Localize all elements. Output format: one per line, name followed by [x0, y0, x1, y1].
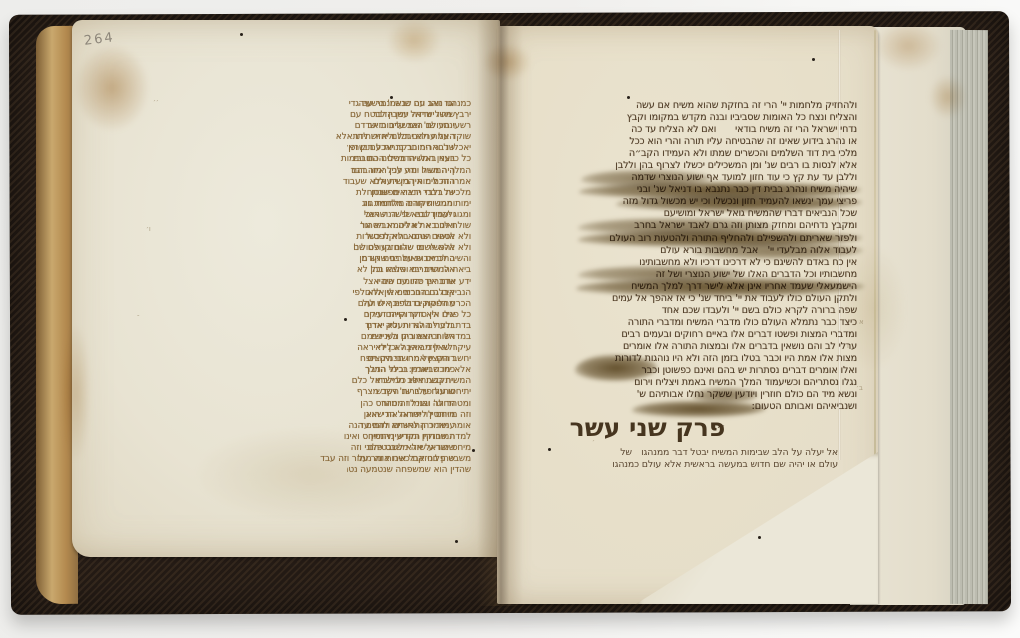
manuscript-line: אל יעלה על הלב שבימות המשיח יבטל דבר ממנ… — [590, 447, 838, 459]
wormhole — [627, 96, 630, 99]
manuscript-photo: 264 ׳׳ ו׳ ־ א ־ו ב׳ ׳ כמנהגו נוהג וזה שנ… — [0, 0, 1020, 638]
manuscript-line: מיחס ישראל אלא לשבטיהם שמודיע שזה משבט פ… — [183, 443, 471, 454]
manuscript-line: ידע אדם איך יהיו עד שיהיו שדברים סתומים … — [183, 277, 471, 288]
manuscript-line: אלא יחכה ויאמין בכלל הדבר כמו שבארנו: וב… — [183, 365, 471, 376]
line-segment-left: שמודיע שזה משבט פלוני וזה — [307, 443, 455, 454]
wormhole — [240, 33, 243, 36]
wormhole — [455, 540, 458, 543]
manuscript-line: והשיב לב אבות על בנים ויש מן החכמים שאומ… — [183, 254, 471, 265]
stain — [484, 44, 530, 80]
manuscript-line: עיקר שאין מביאין לא לידי יראה ולא לידי א… — [183, 343, 471, 354]
gutter-shadow — [477, 20, 523, 606]
page-edge-stack-right — [950, 30, 988, 604]
manuscript-line: למדת שברוח הקדש מיחסין המוחזקין ומודיעין… — [183, 432, 471, 443]
manuscript-line: אמרו חכמים אין בין העולם הזה לימות המשיח… — [183, 177, 471, 188]
manuscript-line: רשעי העולם הנמשלים כזאב ונמר שנ' זאב ערב… — [183, 121, 471, 132]
manuscript-line: יחשב הקצין אמרו חכמים תפח רוחם של מחשבי … — [183, 354, 471, 365]
wormhole — [758, 536, 761, 539]
manuscript-line: שפה ברורה לקרא כולם בשם יי' ולעבדו שכם א… — [585, 305, 857, 317]
line-segment-left: אלו וכיוצא בהן ולא ישימם — [307, 332, 455, 343]
manuscript-line: כל פנים אין סדור הויית דברים אלו ולא דקד… — [183, 310, 471, 321]
manuscript-line: ביאת המשיח יבא אליהו וכל אלו הדברים וכיו… — [183, 265, 471, 276]
line-segment-left: ולא לידי אהבה וכן לא — [307, 343, 455, 354]
manuscript-line: ערלי לב והם נושאין בדברים אלו ובמצות התו… — [585, 341, 857, 353]
line-segment-left: שהן בחזקת כשרות זה ממזר וזה עבד — [307, 454, 455, 465]
line-segment-left: ולהכין לבם שנ' הנה אנכי — [307, 210, 455, 221]
manuscript-line: שוקד על עריהם וכלם יחזרו לדת האמת ולא יג… — [183, 132, 471, 143]
line-segment-left: מחלוקת בדברים אלו ועל — [307, 299, 455, 310]
chapter-opening-lines: אל יעלה על הלב שבימות המשיח יבטל דבר ממנ… — [590, 447, 838, 472]
line-segment-left: שדברים סתומים הם אצל — [307, 277, 455, 288]
manuscript-line: ירבץ משל וחידה ענין הדבר שיהיו ישראל יוש… — [183, 110, 471, 121]
wormhole — [812, 58, 815, 61]
line-segment-left: ואינו בא לא לטמא הטהור — [307, 221, 455, 232]
margin-mark: ׳׳ — [153, 98, 159, 106]
manuscript-line: וזה מיוחס לוי ודוחה את שאינן מיוחסין ליש… — [183, 410, 471, 421]
manuscript-line: ומטהר וגו' ובני לוי מטהר תחלה ואומ' זה מ… — [183, 399, 471, 410]
line-segment-left: אלא לשום שלום בעולם שנ' — [307, 243, 455, 254]
manuscript-line: אומר ויאמר התרשתא להם עד עמוד כהן לאורים… — [183, 421, 471, 432]
stain — [388, 20, 440, 62]
manuscript-line: שולח לכם את אליה הנביא וגו' ואינו בא לא … — [183, 221, 471, 232]
margin-mark: ־ — [137, 313, 140, 321]
line-segment-left: וגר זאב עם כבש ונמר עם גדי — [307, 99, 455, 110]
line-segment-left: החכמים שאומרים שקודם — [307, 254, 455, 265]
margin-mark: א — [859, 318, 864, 326]
wormhole — [472, 449, 475, 452]
manuscript-line: ולא להכשיר מי שהוחזקו פסולים אלא לשום של… — [183, 243, 471, 254]
manuscript-line: כל כיוצא באלו הדברים הכתובים בענין המשיח… — [183, 154, 471, 165]
manuscript-line: והצליח ונצח כל האומות שסביביו ובנה מקדש … — [585, 112, 857, 124]
manuscript-line: המלך המשיח יודע לכל איזה דבר היה משל ומה… — [183, 166, 471, 177]
line-segment-left: ויתקבצו אליו כל ישראל כלם — [307, 376, 455, 387]
manuscript-line: בדת ולעולם לא יתעסק אדם בדברי ההגדות ולא… — [183, 321, 471, 332]
chapter-heading: פרק שני עשר ״ — [585, 413, 857, 443]
line-segment-left: אנשים שהם בחזקת כשרות — [307, 232, 455, 243]
manuscript-line: יאכלו דבר המותר בנחת עם ישראל שנ' ואריה … — [183, 143, 471, 154]
manuscript-line: או נהרג בידוע שאינו זה שהבטיחה עליו תורה… — [585, 136, 857, 148]
manuscript-line: ולהחזיק מלחמות יי' הרי זה בחזקת שהוא משי… — [585, 100, 857, 112]
line-segment-right: שהדין הוא שמשפחה שנטמעה נטמעה — [347, 465, 471, 476]
line-segment-left: של דברי הנביאים שבתחלת — [307, 188, 455, 199]
wormhole — [390, 96, 393, 99]
margin-mark: ו׳ — [146, 225, 151, 233]
line-segment-left: עמוד כהן לאורים ותומים הנה — [307, 421, 455, 432]
manuscript-line: ולא לטהר הטמא ולא לפסול אנשים שהם בחזקת … — [183, 232, 471, 243]
line-segment-left: שנ' ואריה כבקר יאכל תבן וכן — [307, 143, 455, 154]
manuscript-line: הנביאים גם החכמים אין להם קבלה בדברים אל… — [183, 288, 471, 299]
manuscript-line: עולם או יהיה שם חדוש במעשה בראשית אלא עו… — [590, 459, 838, 471]
wormhole — [344, 318, 347, 321]
line-segment-left: רוחם של מחשבי הקצים — [307, 354, 455, 365]
line-segment-left: אלו ולא דקדוקיהם עיקר — [307, 310, 455, 321]
wormhole — [548, 448, 551, 451]
line-segment-left: שיהיו ישראל יושבין לבטח עם — [307, 110, 455, 121]
line-segment-left: הזה לימות המשיח אלא שעבוד — [307, 177, 455, 188]
stain — [62, 326, 90, 460]
stain — [930, 76, 966, 118]
manuscript-line: המשיח כשתתישב ממלכתו ויתקבצו אליו כל ישר… — [183, 376, 471, 387]
manuscript-line: מלכי בית דוד השלמים והכשרים שמתו ולא העמ… — [585, 148, 857, 160]
line-segment-left: תחלה ואומ' זה מיוחס כהן — [307, 399, 455, 410]
left-page-text-block: כמנהגו נוהג וזה שנאמ' בישעיה וגר זאב עם … — [183, 99, 471, 476]
manuscript-line: במדרשות האמורים בענינים אלו וכיוצא בהן ו… — [183, 332, 471, 343]
line-segment-left: המוחזקין ומודיעין המיוחס ואינו — [307, 432, 455, 443]
manuscript-line: משבט פלוני אבל אינו אומר על שהן בחזקת כש… — [183, 454, 471, 465]
manuscript-line: ומגוג יעמוד נביא לישר ישראל ולהכין לבם ש… — [183, 210, 471, 221]
manuscript-line: שהדין הוא שמשפחה שנטמעה נטמעה — [183, 465, 471, 476]
manuscript-line: כיצד כבר נתמלא העולם כולו מדברי המשיח ומ… — [585, 317, 857, 329]
stain — [876, 22, 940, 70]
stain — [76, 46, 148, 130]
line-segment-left: אלו הדברים וכיוצא בהן לא — [307, 265, 455, 276]
line-segment-left: בענין המשיח משלים הם ובימות — [307, 154, 455, 165]
line-segment-left: ונמר שנ' זאב ערבות ישדדם — [307, 121, 455, 132]
line-segment-left: מיוחסין לישראל הרי הוא — [307, 410, 455, 421]
manuscript-line: כמנהגו נוהג וזה שנאמ' בישעיה וגר זאב עם … — [183, 99, 471, 110]
manuscript-line: הכרע הפסוקים ולפיכך יש להם מחלוקת בדברים… — [183, 299, 471, 310]
chapter-heading-text: פרק שני עשר — [570, 413, 726, 443]
line-segment-left: היה משל ומה ענין רמזו בהם — [307, 166, 455, 177]
manuscript-line: נדחי ישראל הרי זה משיח בודאי ואם לא הצלי… — [585, 124, 857, 136]
line-segment-left: שתנוח עליו שנ' וישב מצרף — [307, 387, 455, 398]
manuscript-line: ימות המשיח תהיה מלחמת גוג ומגוג ושקודם מ… — [183, 199, 471, 210]
manuscript-line: מלכיות בלבד יראה מפשוטן של דברי הנביאים … — [183, 188, 471, 199]
line-segment-left: קבלה בדברים אלו אלא לפי — [307, 288, 455, 299]
manuscript-line: יתיחסו על פיו ברוח הקדש שתנוח עליו שנ' ו… — [183, 387, 471, 398]
line-segment-left: האמת ולא יגזלו ולא ישחיתו אלא — [307, 132, 455, 143]
line-segment-left: בדברי ההגדות ולא יאריך — [307, 321, 455, 332]
line-segment-left: ומגוג ושקודם מלחמת גוג — [307, 199, 455, 210]
line-segment-left: כמו שבארנו: ובימי המלך — [307, 365, 455, 376]
manuscript-line: ומדברי המצות ופשטו דברים אלו באיים רחוקי… — [585, 329, 857, 341]
margin-mark: ב׳ — [856, 384, 863, 392]
